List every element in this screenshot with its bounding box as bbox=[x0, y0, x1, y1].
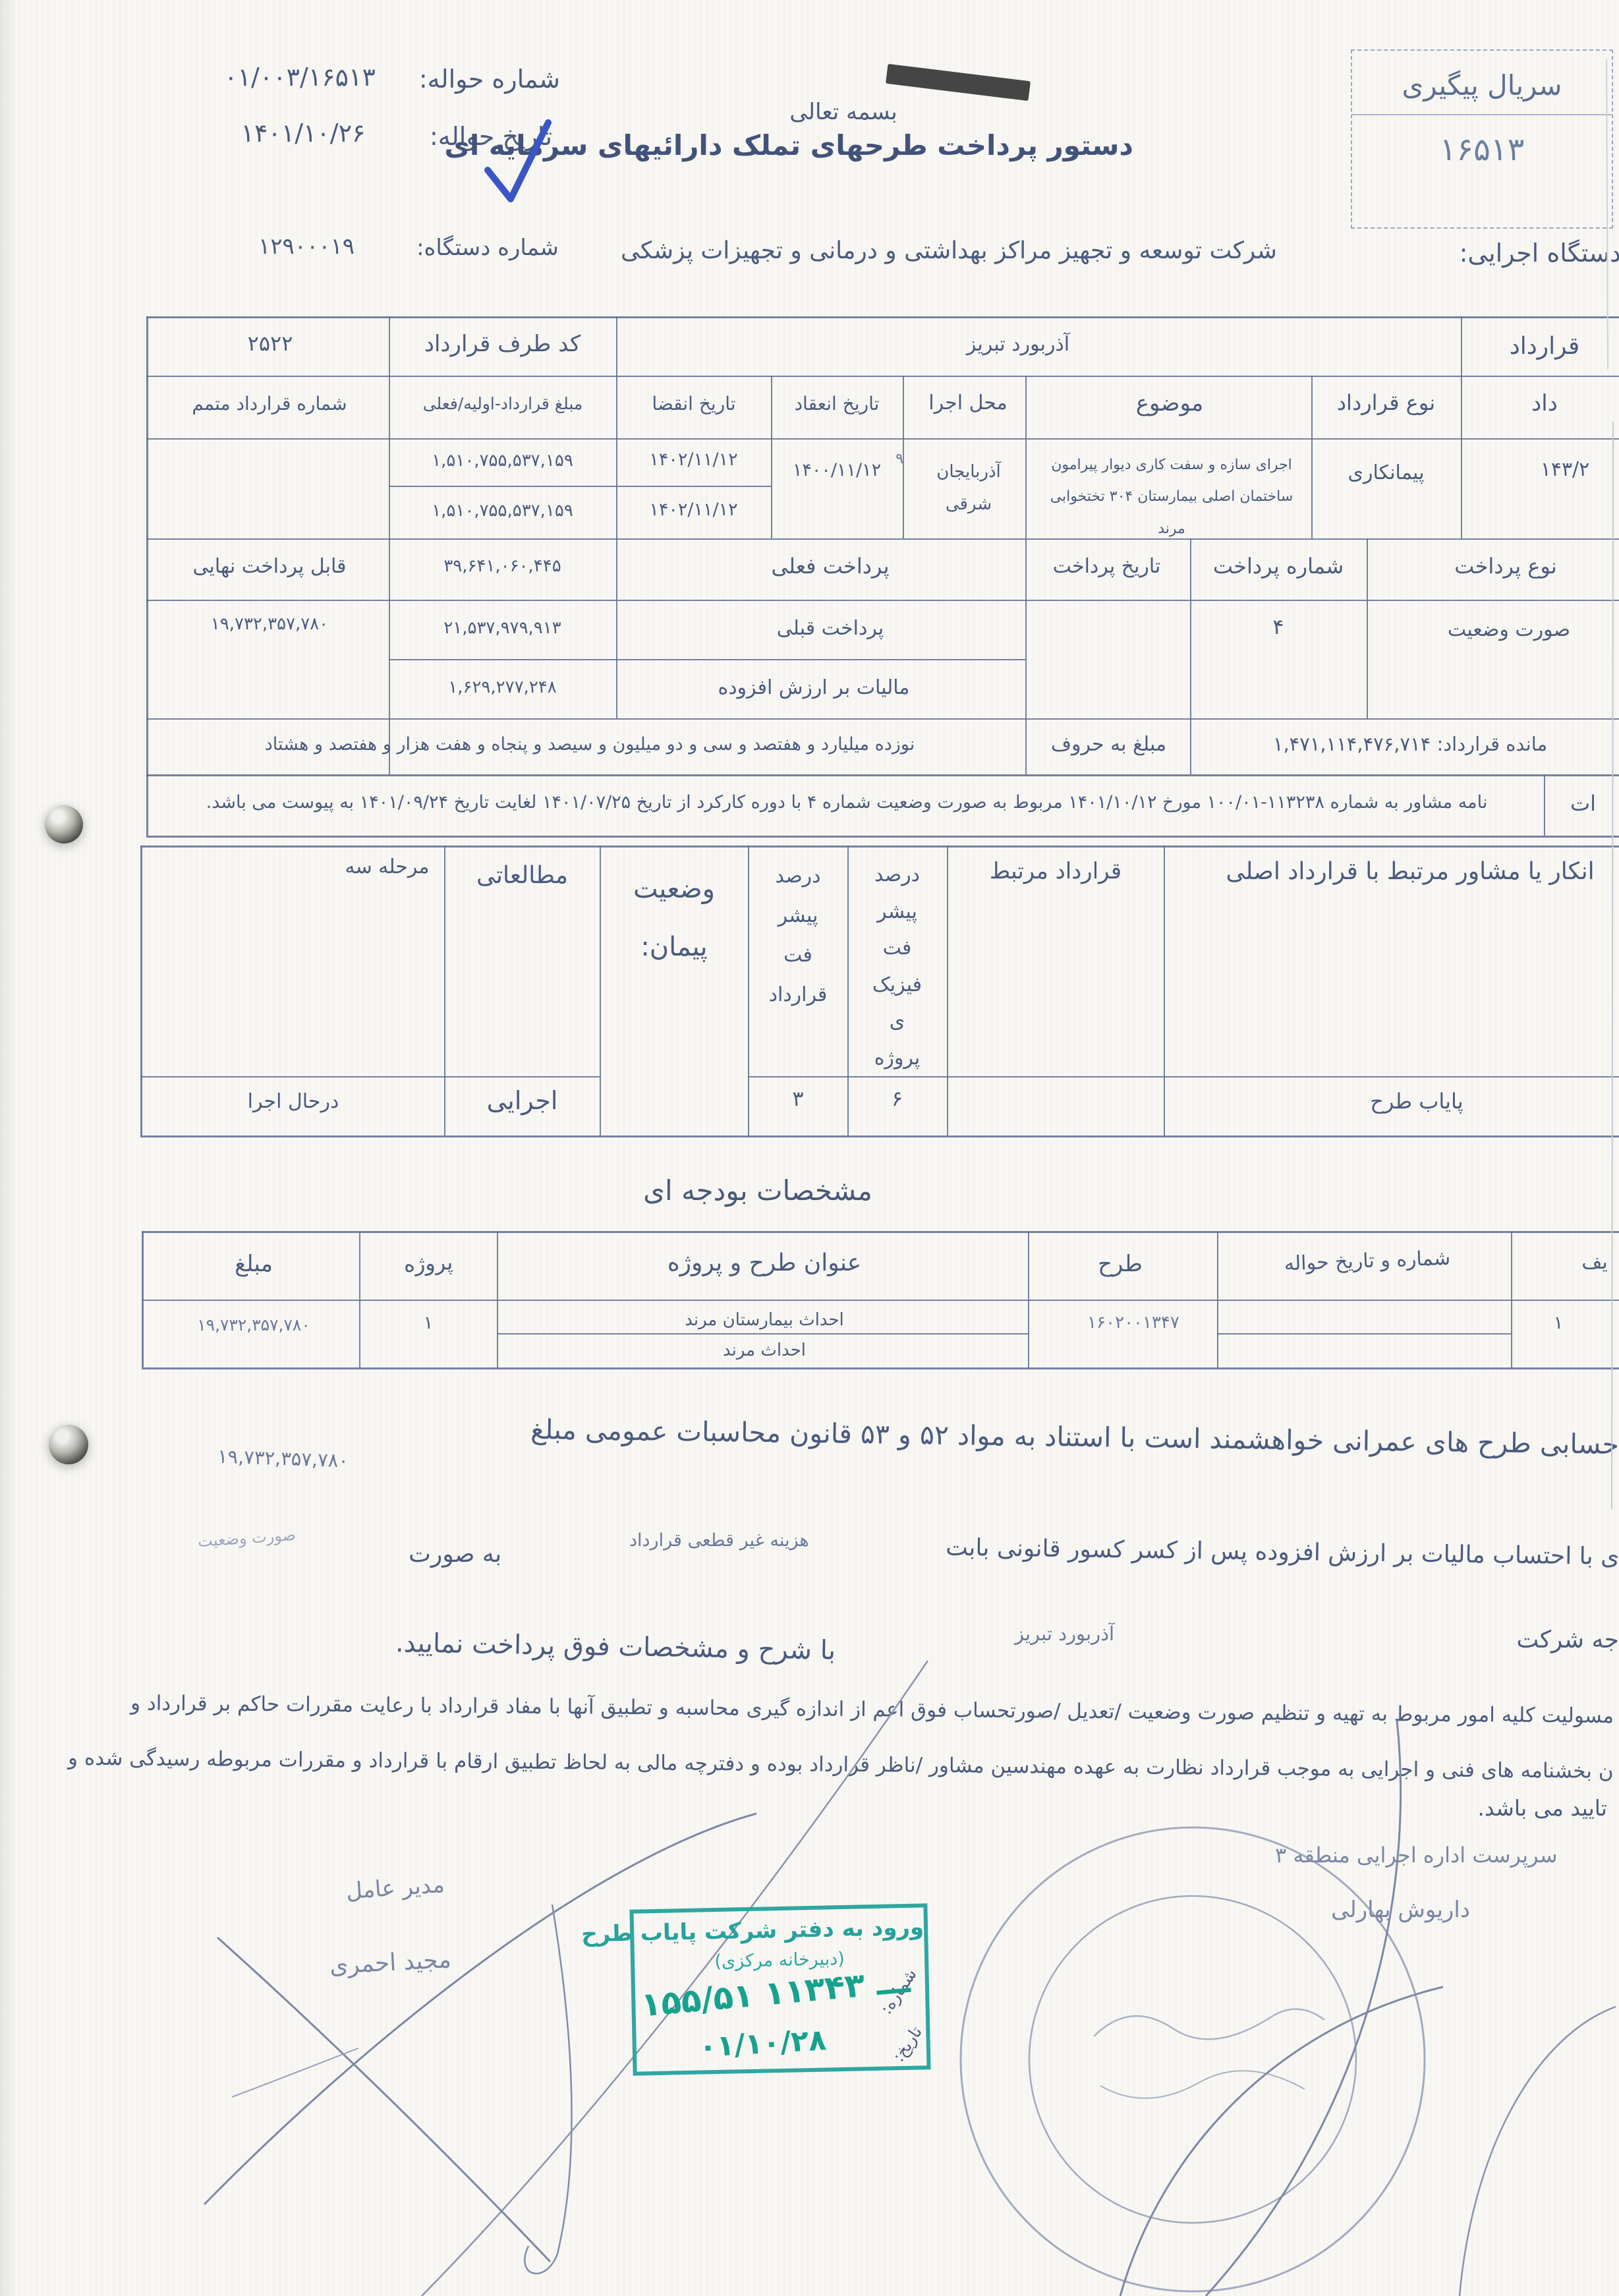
serial-box-divider bbox=[1352, 114, 1612, 115]
grid-line bbox=[142, 1231, 144, 1367]
physical-progress-header: درصد پیشر فت فیزیک ی پروژه bbox=[850, 857, 944, 1076]
remaining-amount: مانده قرارداد: ۱,۴۷۱,۱۱۴,۴۷۶,۷۱۴ bbox=[1206, 733, 1614, 755]
final-payable-label: قابل پرداخت نهایی bbox=[155, 555, 384, 578]
col-header-contract-no: داد bbox=[1469, 390, 1619, 416]
budget-project-value: ۱ bbox=[372, 1313, 484, 1333]
body-line3-name: آذربورد تبریز bbox=[1015, 1622, 1114, 1645]
grid-line bbox=[146, 376, 1619, 377]
serial-tracking-label: سریال پیگیری bbox=[1352, 69, 1612, 101]
body-line2-expense: هزینه غیر قطعی قرارداد bbox=[629, 1530, 809, 1551]
budget-header-remittance: شماره و تاریخ حواله bbox=[1239, 1245, 1496, 1277]
budget-plan-title-2: احداث مرند bbox=[540, 1340, 988, 1360]
grid-line bbox=[1028, 1231, 1029, 1367]
previous-payment-label: پرداخت قبلی bbox=[698, 617, 962, 640]
entry-stamp-date-label: تاریخ: bbox=[888, 2023, 925, 2065]
related-contract-label: قرارداد مرتبط bbox=[953, 858, 1158, 884]
budget-header-plan: طرح bbox=[1054, 1251, 1186, 1277]
left-signature-title: مدیر عامل bbox=[345, 1872, 445, 1905]
contract-amount-2: ۱,۵۱۰,۷۵۵,۵۳۷,۱۵۹ bbox=[395, 501, 610, 521]
col-header-supplement: شماره قرارداد متمم bbox=[155, 393, 384, 415]
right-signature-name: داریوش بهارلی bbox=[1331, 1897, 1470, 1923]
grid-line bbox=[146, 836, 1619, 838]
study-header: مطالعاتی bbox=[448, 862, 596, 889]
body-paragraph-3: تایید می باشد. bbox=[1477, 1795, 1607, 1821]
entry-stamp-date-value: ۰۱/۱۰/۲۸ bbox=[698, 2023, 827, 2064]
signature-stroke bbox=[1120, 1987, 1443, 2296]
grid-line bbox=[389, 486, 771, 487]
grid-line bbox=[947, 846, 948, 1135]
grid-line bbox=[146, 774, 1619, 776]
grid-line bbox=[616, 316, 617, 718]
hole-punch bbox=[49, 1425, 88, 1464]
body-line1: حسابی طرح های عمرانی خواهشمند است با است… bbox=[530, 1414, 1619, 1460]
status-header: وضعیت پیمان: bbox=[605, 860, 743, 976]
party-code-value: ۲۵۲۲ bbox=[158, 331, 382, 356]
grid-line bbox=[140, 1076, 600, 1077]
grid-line bbox=[497, 1333, 1028, 1335]
bismillah-text: بسمه تعالی bbox=[758, 99, 929, 125]
col-header-location: محل اجرا bbox=[908, 391, 1028, 415]
col-header-subject: موضوع bbox=[1035, 390, 1305, 416]
body-line2: ی با احتساب مالیات بر ارزش افزوده پس از … bbox=[946, 1534, 1619, 1570]
remittance-no-value: ۰۱/۰۰۳/۱۶۵۱۳ bbox=[198, 63, 402, 92]
signature-stroke bbox=[1206, 1720, 1401, 2296]
in-words-label: مبلغ به حروف bbox=[1031, 733, 1186, 756]
vat-label: مالیات بر ارزش افزوده bbox=[666, 676, 962, 699]
in-words-value: نوزده میلیارد و هفتصد و سی و دو میلیون و… bbox=[165, 734, 1015, 755]
party-code-label: کد طرف قرارداد bbox=[395, 331, 610, 357]
signature-stroke bbox=[232, 2048, 358, 2097]
payment-type-value: صورت وضعیت bbox=[1410, 618, 1608, 641]
budget-header-row-cut: یف bbox=[1572, 1251, 1618, 1274]
previous-payment-amount: ۲۱,۵۳۷,۹۷۹,۹۱۳ bbox=[395, 618, 610, 638]
grid-line bbox=[142, 1231, 1619, 1233]
entry-stamp: ورود به دفتر شرکت پایاب طرح (دبیرخانه مر… bbox=[629, 1903, 930, 2075]
payment-type-label: نوع پرداخت bbox=[1397, 554, 1614, 579]
redaction-mark bbox=[886, 64, 1031, 101]
fold-line bbox=[1612, 422, 1613, 1509]
grid-line bbox=[142, 1367, 1619, 1369]
current-payment-amount: ۳۹,۶۴۱,۰۶۰,۴۴۵ bbox=[395, 556, 610, 576]
contract-type-value: پیمانکاری bbox=[1318, 461, 1454, 484]
related-contractor-value: پایاب طرح bbox=[1285, 1089, 1548, 1114]
body-line3-company: جه شرکت bbox=[1516, 1626, 1619, 1653]
body-line2-status: صورت وضعیت bbox=[197, 1526, 297, 1551]
contract-location-value: آذربایجان شرقی bbox=[916, 456, 1021, 521]
grid-line bbox=[847, 846, 849, 1135]
contract-party-name: آذربورد تبریز bbox=[909, 333, 1127, 356]
grid-line bbox=[140, 1135, 1619, 1137]
remittance-no-label: شماره حواله: bbox=[422, 65, 560, 94]
expiry-date-1: ۱۴۰۲/۱۱/۱۲ bbox=[623, 449, 764, 470]
contract-subject-value: اجرای سازه و سفت کاری دیوار پیرامون ساخت… bbox=[1036, 449, 1307, 545]
grid-line bbox=[1367, 538, 1368, 718]
budget-row-value: ۱ bbox=[1529, 1313, 1588, 1333]
executive-value: درحال اجرا bbox=[185, 1090, 402, 1113]
budget-title: مشخصات بودجه ای bbox=[619, 1174, 896, 1207]
payment-date-label: تاریخ پرداخت bbox=[1029, 555, 1184, 578]
body-line3-instruction: با شرح و مشخصات فوق پرداخت نمایید. bbox=[395, 1628, 836, 1666]
grid-line bbox=[142, 1300, 1619, 1301]
grid-line bbox=[1511, 1231, 1512, 1367]
remittance-date-value: ۱۴۰۱/۱۰/۲۶ bbox=[208, 119, 399, 148]
grid-line bbox=[389, 316, 390, 774]
sign-date-value: ۱۴۰۰/۱۱/۱۲ bbox=[778, 460, 896, 480]
grid-line bbox=[1217, 1333, 1511, 1335]
col-header-expiry-date: تاریخ انقضا bbox=[621, 393, 766, 415]
grid-line bbox=[146, 316, 1619, 318]
contract-progress-value: ۳ bbox=[751, 1086, 845, 1111]
left-signature-name: مجید احمری bbox=[329, 1946, 452, 1980]
signature-stroke bbox=[525, 1905, 571, 2274]
contract-progress-header: درصد پیشر فت قرارداد bbox=[751, 857, 845, 1015]
grid-line bbox=[497, 1231, 498, 1367]
signature-stroke bbox=[1460, 2007, 1616, 2296]
grid-line bbox=[1311, 376, 1313, 538]
entry-stamp-line1: ورود به دفتر شرکت پایاب طرح bbox=[634, 1914, 924, 1946]
budget-amount-value: ۱۹,۷۳۲,۳۵۷,۷۸۰ bbox=[161, 1315, 346, 1335]
hole-punch bbox=[45, 805, 83, 844]
note-label-cut: ات bbox=[1548, 791, 1618, 816]
contract-label-cut: قرارداد bbox=[1469, 333, 1619, 360]
grid-line bbox=[1164, 846, 1165, 1135]
final-payable-amount: ۱۹,۷۳۲,۳۵۷,۷۸۰ bbox=[155, 614, 384, 634]
grid-line bbox=[359, 1231, 360, 1367]
budget-header-plan-title: عنوان طرح و پروژه bbox=[527, 1249, 1002, 1277]
grid-line bbox=[1544, 774, 1545, 836]
serial-tracking-number: ۱۶۵۱۳ bbox=[1352, 131, 1612, 168]
grid-line bbox=[146, 316, 148, 836]
related-header-contractor: انکار یا مشاور مرتبط با قرارداد اصلی bbox=[1186, 858, 1619, 885]
grid-line bbox=[389, 659, 1025, 660]
budget-plan-value: ۱۶۰۲۰۰۱۳۴۷ bbox=[1061, 1313, 1206, 1333]
grid-line bbox=[771, 376, 772, 538]
grid-line bbox=[140, 846, 1619, 847]
current-payment-label: پرداخت فعلی bbox=[698, 554, 962, 579]
grid-line bbox=[748, 846, 749, 1135]
grid-line bbox=[1461, 316, 1462, 538]
grid-line bbox=[146, 538, 1619, 540]
round-stamp-scribble bbox=[1100, 2071, 1305, 2098]
executive-label: اجرایی bbox=[448, 1086, 596, 1115]
device-no-label: شماره دستگاه: bbox=[409, 235, 567, 261]
col-header-sign-date: تاریخ انعقاد bbox=[776, 393, 897, 415]
grid-line bbox=[444, 846, 445, 1135]
body-line1-amount: ۱۹,۷۳۲,۳۵۷,۷۸۰ bbox=[217, 1445, 349, 1472]
contract-no-value: ۱۴۳/۲ bbox=[1522, 458, 1608, 481]
round-stamp-scribble bbox=[1094, 2009, 1324, 2040]
expiry-date-2: ۱۴۰۲/۱۱/۱۲ bbox=[623, 500, 764, 520]
signature-stroke bbox=[217, 1937, 550, 2262]
study-value: مرحله سه bbox=[329, 855, 445, 878]
grid-line bbox=[140, 846, 142, 1135]
scanned-payment-order-document: سریال پیگیری ۱۶۵۱۳ شماره حواله: ۰۱/۰۰۳/۱… bbox=[0, 0, 1619, 2296]
device-no-value: ۱۲۹۰۰۰۱۹ bbox=[221, 233, 392, 260]
physical-progress-value: ۶ bbox=[850, 1086, 944, 1111]
col-header-type: نوع قرارداد bbox=[1318, 390, 1454, 415]
grid-line bbox=[146, 438, 1619, 440]
col-header-amount: مبلغ قرارداد-اولیه/فعلی bbox=[394, 394, 611, 413]
payment-no-value: ۴ bbox=[1196, 614, 1361, 639]
left-edge-shadow bbox=[0, 0, 17, 2296]
budget-header-project: پروژه bbox=[368, 1248, 488, 1278]
payment-no-label: شماره پرداخت bbox=[1196, 554, 1361, 579]
body-line2-as: به صورت bbox=[409, 1541, 501, 1568]
right-signature-title: سرپرست اداره اجرایی منطقه ۳ bbox=[1275, 1843, 1558, 1868]
grid-line bbox=[146, 600, 1619, 601]
body-paragraph-1: مسولیت کلیه امور مربوط به تهیه و تنظیم ص… bbox=[130, 1691, 1614, 1728]
document-title: دستور پرداخت طرحهای تملک دارائیهای سرمای… bbox=[613, 129, 1133, 161]
agency-name: شرکت توسعه و تجهیز مراکز بهداشتی و درمان… bbox=[554, 237, 1344, 264]
vat-amount: ۱,۶۲۹,۲۷۷,۲۴۸ bbox=[395, 677, 610, 697]
grid-line bbox=[1190, 538, 1191, 774]
serial-tracking-box: سریال پیگیری ۱۶۵۱۳ bbox=[1351, 49, 1613, 229]
grid-line bbox=[748, 1076, 1619, 1077]
grid-line bbox=[600, 846, 601, 1135]
budget-header-amount: مبلغ bbox=[165, 1251, 343, 1277]
grid-line bbox=[146, 718, 1619, 720]
round-stamp-inner-circle bbox=[1029, 1896, 1356, 2223]
contract-amount-1: ۱,۵۱۰,۷۵۵,۵۳۷,۱۵۹ bbox=[395, 451, 610, 471]
agency-label: ن دستگاه اجرایی: bbox=[1384, 239, 1619, 268]
body-paragraph-2: ن بخشنامه های فنی و اجرایی به موجب قرارد… bbox=[68, 1746, 1614, 1783]
consultant-note: نامه مشاور به شماره ۱۱۳۲۳۸-۱۰۰/۰۱ مورخ ۱… bbox=[158, 792, 1535, 813]
budget-plan-title-1: احداث بیمارستان مرند bbox=[540, 1310, 988, 1330]
pen-mark: ۹ bbox=[886, 451, 913, 467]
grid-line bbox=[1025, 376, 1027, 774]
grid-line bbox=[1217, 1231, 1218, 1367]
